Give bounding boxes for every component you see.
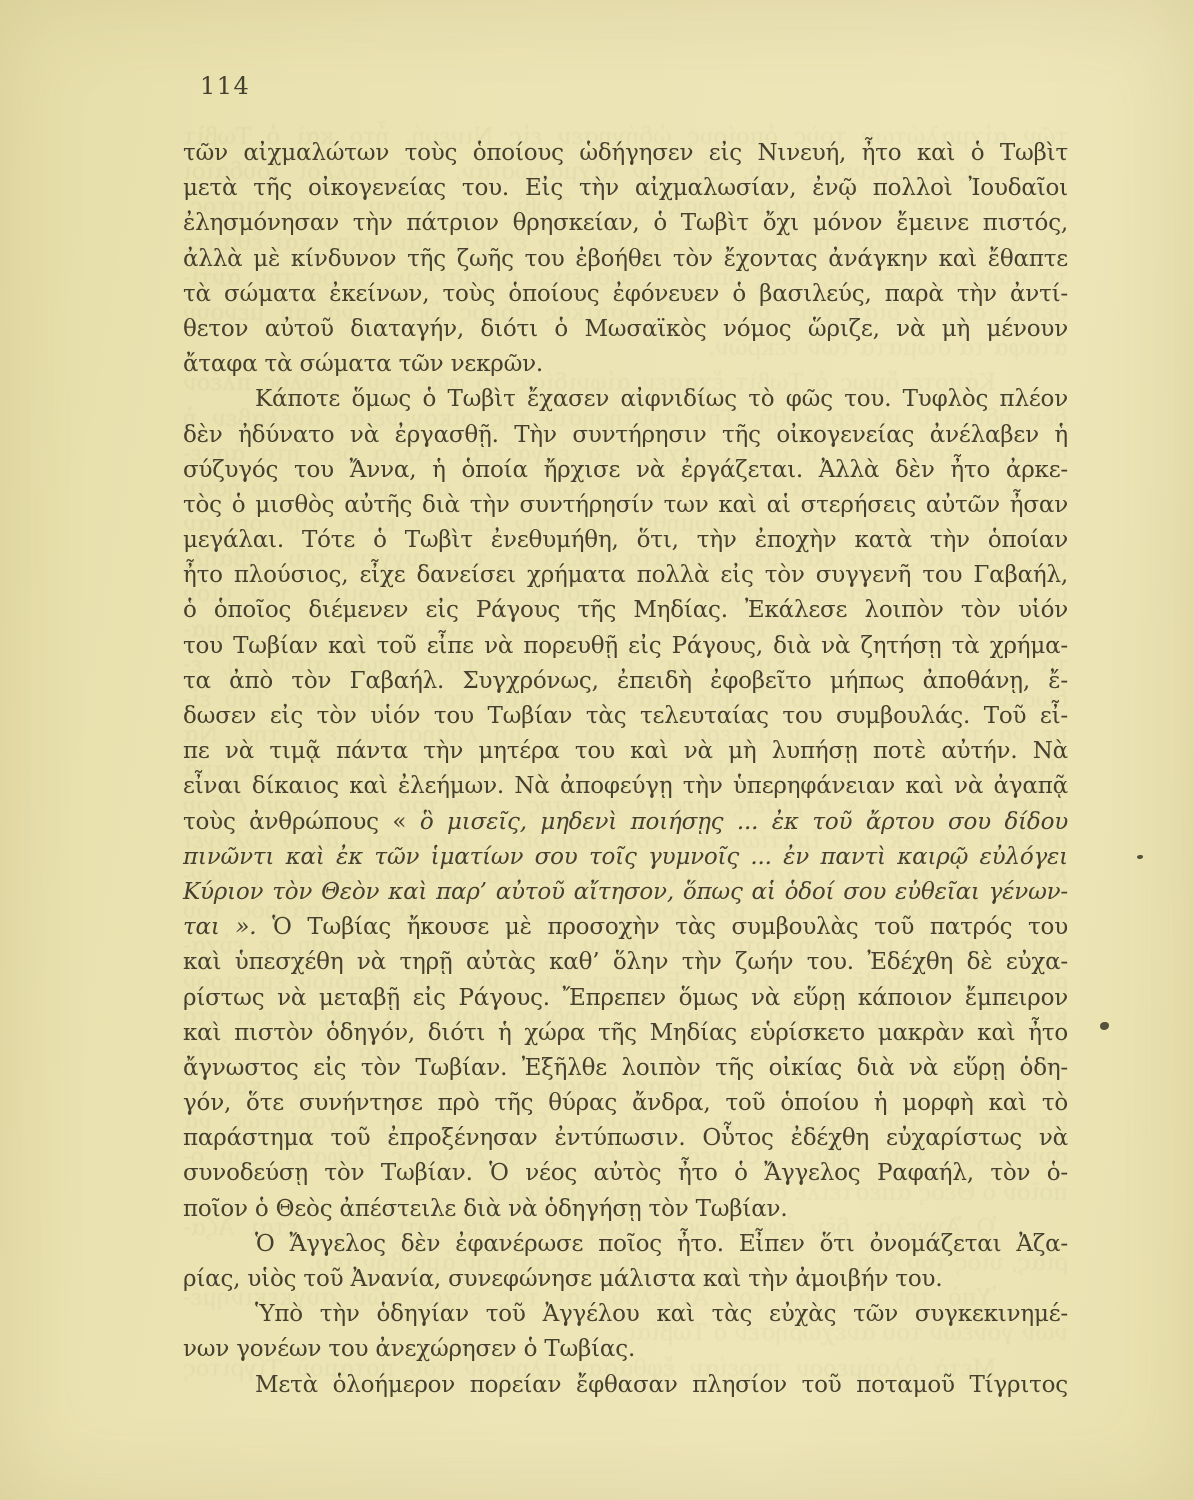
body-text-segment: ποῖον ὁ Θεὸς ἀπέστειλε διὰ νὰ ὁδηγήσῃ τὸ… (183, 1196, 787, 1222)
text-line: πε νὰ τιμᾷ πάντα τὴν μητέρα του καὶ νὰ μ… (183, 734, 1068, 769)
text-line: ἦτο πλούσιος, εἶχε δανείσει χρήματα πολλ… (183, 558, 1068, 593)
quoted-scripture-text: Κύριον τὸν Θεὸν καὶ παρ’ αὐτοῦ αἴτησον, … (183, 879, 1068, 905)
text-line: καὶ ὑπεσχέθη νὰ τηρῇ αὐτὰς καθ’ ὅλην τὴν… (183, 945, 1068, 980)
body-text-segment: γόν, ὅτε συνήντησε πρὸ τῆς θύρας ἄνδρα, … (183, 1090, 1068, 1116)
body-text-segment: ἄταφα τὰ σώματα τῶν νεκρῶν. (183, 351, 543, 377)
body-text: τῶν αἰχμαλώτων τοὺς ὁποίους ὡδήγησεν εἰς… (183, 136, 1068, 1403)
text-line: Ὑπὸ τὴν ὁδηγίαν τοῦ Ἀγγέλου καὶ τὰς εὐχὰ… (183, 1297, 1068, 1332)
text-line: παράστημα τοῦ ἐπροξένησαν ἐντύπωσιν. Οὗτ… (183, 1121, 1068, 1156)
text-line: Μετὰ ὁλοήμερον πορείαν ἔφθασαν πλησίον τ… (183, 1368, 1068, 1403)
body-text-segment: ρίστως νὰ μεταβῇ εἰς Ράγους. Ἔπρεπεν ὅμω… (183, 985, 1068, 1011)
text-line: καὶ πιστὸν ὁδηγόν, διότι ἡ χώρα τῆς Μηδί… (183, 1016, 1068, 1051)
text-line: δωσεν εἰς τὸν υἱόν του Τωβίαν τὰς τελευτ… (183, 699, 1068, 734)
body-text-segment: Ὑπὸ τὴν ὁδηγίαν τοῦ Ἀγγέλου καὶ τὰς εὐχὰ… (255, 1301, 1068, 1327)
body-text-segment: εἶναι δίκαιος καὶ ἐλεήμων. Νὰ ἀποφεύγῃ τ… (183, 773, 1068, 799)
body-text-segment: ἐλησμόνησαν τὴν πάτριον θρησκείαν, ὁ Τωβ… (183, 210, 1068, 236)
quoted-scripture-text: πινῶντι καὶ ἐκ τῶν ἱματίων σου τοῖς γυμν… (183, 844, 1068, 870)
paper-background: τῶν αἰχμαλώτων τοὺς ὁποίους ὡδήγησεν εἰς… (0, 0, 1194, 1500)
quoted-scripture-text: ται ». (183, 914, 256, 940)
text-line: ποῖον ὁ Θεὸς ἀπέστειλε διὰ νὰ ὁδηγήσῃ τὸ… (183, 1192, 1068, 1227)
paragraph: Μετὰ ὁλοήμερον πορείαν ἔφθασαν πλησίον τ… (183, 1368, 1068, 1403)
body-text-segment: τὰ σώματα ἐκείνων, τοὺς ὁποίους ἐφόνευεν… (183, 281, 1068, 307)
paragraph: Κάποτε ὅμως ὁ Τωβὶτ ἔχασεν αἰφνιδίως τὸ … (183, 382, 1068, 1227)
text-line: δὲν ἠδύνατο νὰ ἐργασθῇ. Τὴν συντήρησιν τ… (183, 418, 1068, 453)
text-line: τοὺς ἀνθρώπους « ὃ μισεῖς, μηδενὶ ποιήσῃ… (183, 805, 1068, 840)
text-line: νων γονέων του ἀνεχώρησεν ὁ Τωβίας. (183, 1332, 1068, 1367)
text-line: θετον αὐτοῦ διαταγήν, διότι ὁ Μωσαϊκὸς ν… (183, 312, 1068, 347)
text-line: ἄγνωστος εἰς τὸν Τωβίαν. Ἐξῆλθε λοιπὸν τ… (183, 1051, 1068, 1086)
text-line: τῶν αἰχμαλώτων τοὺς ὁποίους ὡδήγησεν εἰς… (183, 136, 1068, 171)
body-text-segment: παράστημα τοῦ ἐπροξένησαν ἐντύπωσιν. Οὗτ… (183, 1125, 1068, 1151)
text-line: ται ». Ὁ Τωβίας ἤκουσε μὲ προσοχὴν τὰς σ… (183, 910, 1068, 945)
paragraph: Ὑπὸ τὴν ὁδηγίαν τοῦ Ἀγγέλου καὶ τὰς εὐχὰ… (183, 1297, 1068, 1367)
text-line: ὁ ὁποῖος διέμενεν εἰς Ράγους τῆς Μηδίας.… (183, 593, 1068, 628)
body-text-segment: τα ἀπὸ τὸν Γαβαήλ. Συγχρόνως, ἐπειδὴ ἐφο… (183, 668, 1068, 694)
body-text-segment: σύζυγός του Ἄννα, ἡ ὁποία ἤρχισε νὰ ἐργά… (183, 457, 1068, 483)
text-line: ρίστως νὰ μεταβῇ εἰς Ράγους. Ἔπρεπεν ὅμω… (183, 981, 1068, 1016)
text-line: ρίας, υἱὸς τοῦ Ἀνανία, συνεφώνησε μάλιστ… (183, 1262, 1068, 1297)
body-text-segment: ἦτο πλούσιος, εἶχε δανείσει χρήματα πολλ… (183, 562, 1068, 588)
paragraph: Ὁ Ἄγγελος δὲν ἐφανέρωσε ποῖος ἦτο. Εἶπεν… (183, 1227, 1068, 1297)
body-text-segment: μετὰ τῆς οἰκογενείας του. Εἰς τὴν αἰχμαλ… (183, 175, 1068, 201)
text-line: συνοδεύσῃ τὸν Τωβίαν. Ὁ νέος αὐτὸς ἦτο ὁ… (183, 1156, 1068, 1191)
body-text-segment: τὸς ὁ μισθὸς αὐτῆς διὰ τὴν συντήρησίν τω… (183, 492, 1068, 518)
body-text-segment: ὁ ὁποῖος διέμενεν εἰς Ράγους τῆς Μηδίας.… (183, 597, 1068, 623)
text-line: του Τωβίαν καὶ τοῦ εἶπε νὰ πορευθῇ εἰς Ρ… (183, 629, 1068, 664)
paragraph: τῶν αἰχμαλώτων τοὺς ὁποίους ὡδήγησεν εἰς… (183, 136, 1068, 382)
body-text-segment: μεγάλαι. Τότε ὁ Τωβὶτ ἐνεθυμήθη, ὅτι, τὴ… (183, 527, 1068, 553)
body-text-segment: ρίας, υἱὸς τοῦ Ἀνανία, συνεφώνησε μάλιστ… (183, 1266, 942, 1292)
text-line: ἐλησμόνησαν τὴν πάτριον θρησκείαν, ὁ Τωβ… (183, 206, 1068, 241)
text-line: Κύριον τὸν Θεὸν καὶ παρ’ αὐτοῦ αἴτησον, … (183, 875, 1068, 910)
text-line: σύζυγός του Ἄννα, ἡ ὁποία ἤρχισε νὰ ἐργά… (183, 453, 1068, 488)
body-text-segment: καὶ ὑπεσχέθη νὰ τηρῇ αὐτὰς καθ’ ὅλην τὴν… (183, 949, 1068, 975)
body-text-segment: Μετὰ ὁλοήμερον πορείαν ἔφθασαν πλησίον τ… (255, 1372, 1068, 1398)
body-text-segment: ἀλλὰ μὲ κίνδυνον τῆς ζωῆς του ἐβοήθει τὸ… (183, 246, 1068, 272)
body-text-segment: δωσεν εἰς τὸν υἱόν του Τωβίαν τὰς τελευτ… (183, 703, 1068, 729)
text-line: πινῶντι καὶ ἐκ τῶν ἱματίων σου τοῖς γυμν… (183, 840, 1068, 875)
text-line: μεγάλαι. Τότε ὁ Τωβὶτ ἐνεθυμήθη, ὅτι, τὴ… (183, 523, 1068, 558)
body-text-segment: τῶν αἰχμαλώτων τοὺς ὁποίους ὡδήγησεν εἰς… (183, 140, 1068, 166)
body-text-segment: δὲν ἠδύνατο νὰ ἐργασθῇ. Τὴν συντήρησιν τ… (183, 422, 1068, 448)
scanned-book-page: { "page": { "number": "114" }, "colors":… (0, 0, 1194, 1500)
body-text-segment: Κάποτε ὅμως ὁ Τωβὶτ ἔχασεν αἰφνιδίως τὸ … (255, 386, 1068, 412)
body-text-segment: του Τωβίαν καὶ τοῦ εἶπε νὰ πορευθῇ εἰς Ρ… (183, 633, 1068, 659)
text-line: Κάποτε ὅμως ὁ Τωβὶτ ἔχασεν αἰφνιδίως τὸ … (183, 382, 1068, 417)
text-line: ἀλλὰ μὲ κίνδυνον τῆς ζωῆς του ἐβοήθει τὸ… (183, 242, 1068, 277)
body-text-segment: καὶ πιστὸν ὁδηγόν, διότι ἡ χώρα τῆς Μηδί… (183, 1020, 1068, 1046)
body-text-segment: ἄγνωστος εἰς τὸν Τωβίαν. Ἐξῆλθε λοιπὸν τ… (183, 1055, 1068, 1081)
body-text-segment: νων γονέων του ἀνεχώρησεν ὁ Τωβίας. (183, 1336, 635, 1362)
body-text-segment: πε νὰ τιμᾷ πάντα τὴν μητέρα του καὶ νὰ μ… (183, 738, 1068, 764)
body-text-segment: συνοδεύσῃ τὸν Τωβίαν. Ὁ νέος αὐτὸς ἦτο ὁ… (183, 1160, 1068, 1186)
text-line: τα ἀπὸ τὸν Γαβαήλ. Συγχρόνως, ἐπειδὴ ἐφο… (183, 664, 1068, 699)
text-line: Ὁ Ἄγγελος δὲν ἐφανέρωσε ποῖος ἦτο. Εἶπεν… (183, 1227, 1068, 1262)
page-number: 114 (200, 72, 250, 100)
body-text-segment: Ὁ Τωβίας ἤκουσε μὲ προσοχὴν τὰς συμβουλὰ… (256, 914, 1068, 940)
text-line: μετὰ τῆς οἰκογενείας του. Εἰς τὴν αἰχμαλ… (183, 171, 1068, 206)
body-text-segment: τοὺς ἀνθρώπους « (183, 809, 420, 835)
quoted-scripture-text: ὃ μισεῖς, μηδενὶ ποιήσῃς ... ἐκ τοῦ ἄρτο… (420, 809, 1068, 835)
text-line: τὸς ὁ μισθὸς αὐτῆς διὰ τὴν συντήρησίν τω… (183, 488, 1068, 523)
text-line: εἶναι δίκαιος καὶ ἐλεήμων. Νὰ ἀποφεύγῃ τ… (183, 769, 1068, 804)
ink-speck (1100, 1022, 1109, 1030)
text-line: ἄταφα τὰ σώματα τῶν νεκρῶν. (183, 347, 1068, 382)
ink-speck (1137, 855, 1143, 859)
body-text-segment: θετον αὐτοῦ διαταγήν, διότι ὁ Μωσαϊκὸς ν… (183, 316, 1068, 342)
text-line: γόν, ὅτε συνήντησε πρὸ τῆς θύρας ἄνδρα, … (183, 1086, 1068, 1121)
body-text-segment: Ὁ Ἄγγελος δὲν ἐφανέρωσε ποῖος ἦτο. Εἶπεν… (255, 1231, 1068, 1257)
text-line: τὰ σώματα ἐκείνων, τοὺς ὁποίους ἐφόνευεν… (183, 277, 1068, 312)
